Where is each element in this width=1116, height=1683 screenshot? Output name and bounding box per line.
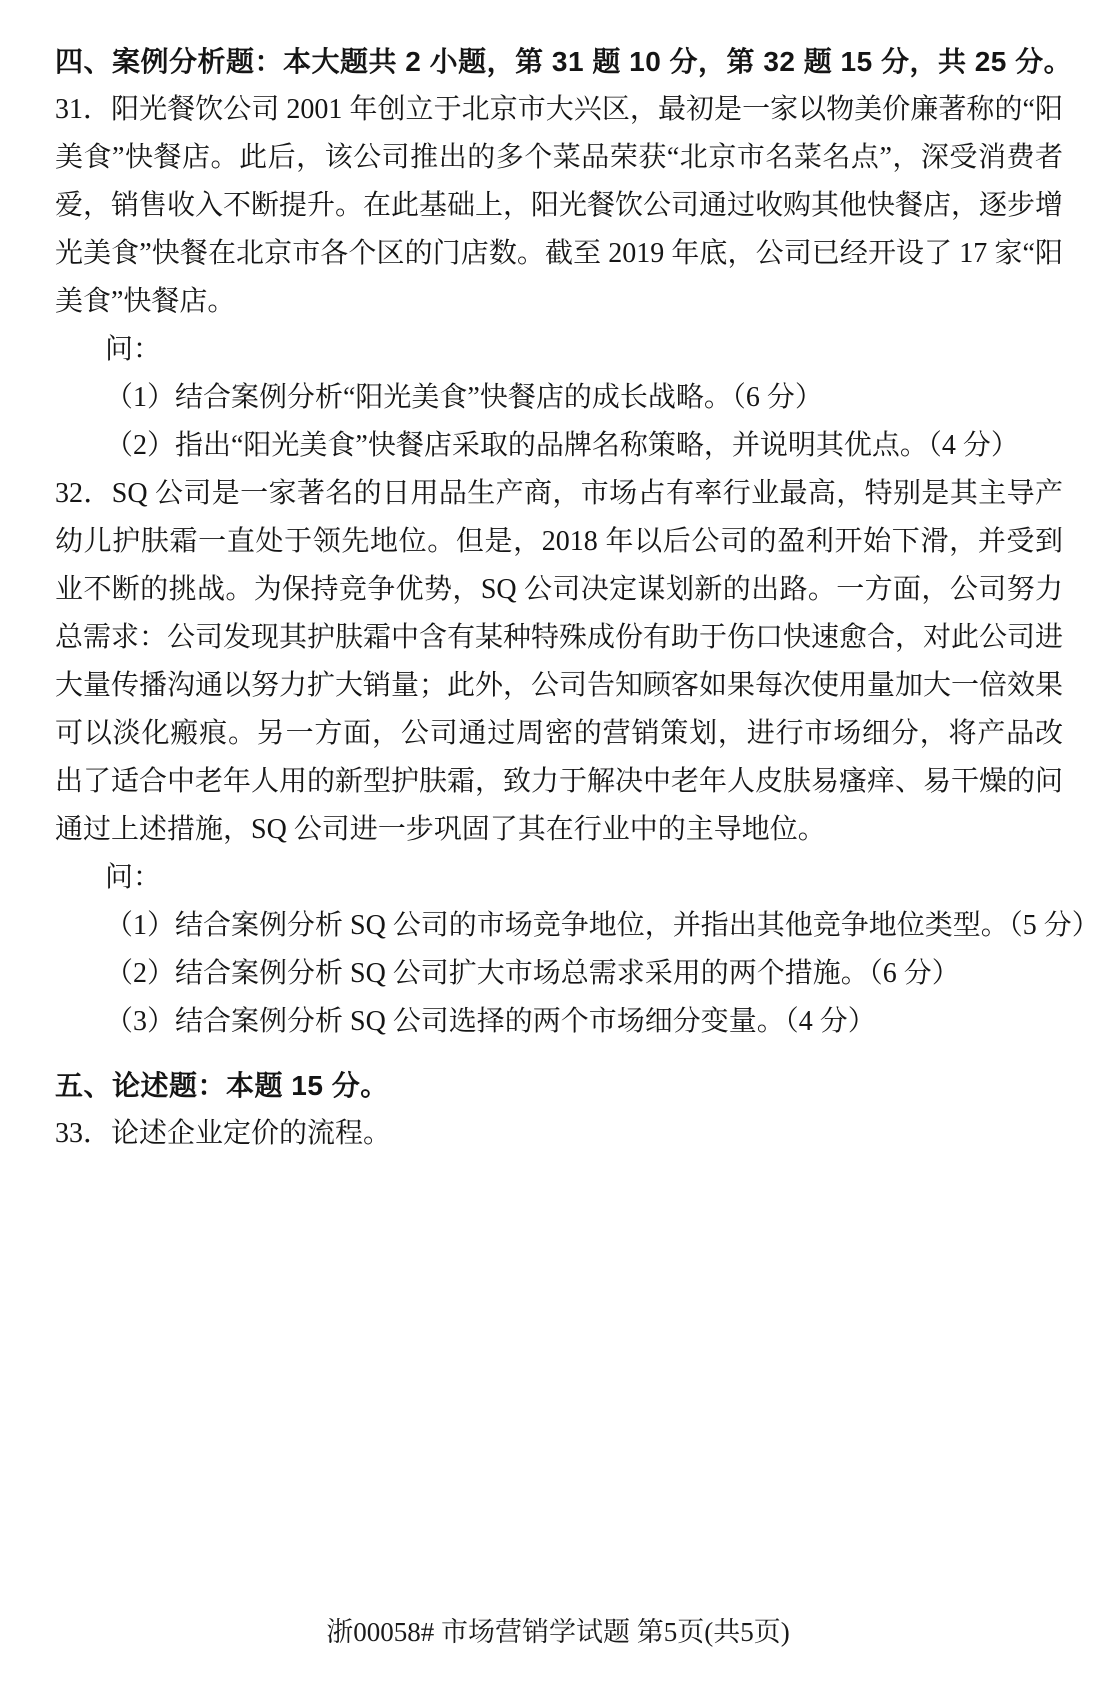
question-31-text-line: 美食”快餐店。 [55, 278, 1063, 326]
question-32-sub-question-1: （1）结合案例分析 SQ 公司的市场竞争地位，并指出其他竞争地位类型。（5 分） [55, 902, 1063, 950]
question-31-text-line: 爱，销售收入不断提升。在此基础上，阳光餐饮公司通过收购其他快餐店，逐步增加“阳 [55, 182, 1063, 230]
exam-page-content: 四、案例分析题：本大题共 2 小题，第 31 题 10 分，第 32 题 15 … [55, 38, 1063, 1158]
question-32-text-line: 出了适合中老年人用的新型护肤霜，致力于解决中老年人皮肤易瘙痒、易干燥的问题。 [55, 758, 1063, 806]
question-32-text-line: 通过上述措施，SQ 公司进一步巩固了其在行业中的主导地位。 [55, 806, 1063, 854]
question-32-ask-label: 问： [55, 854, 1063, 902]
question-31-text-line: 美食”快餐店。此后，该公司推出的多个菜品荣获“北京市名菜名点”，深受消费者喜 [55, 134, 1063, 182]
question-32-text-line: 总需求：公司发现其护肤霜中含有某种特殊成份有助于伤口快速愈合，对此公司进行了 [55, 614, 1063, 662]
question-33-text: 33．论述企业定价的流程。 [55, 1110, 1063, 1158]
question-31-text-line: 31．阳光餐饮公司 2001 年创立于北京市大兴区，最初是一家以物美价廉著称的“… [55, 86, 1063, 134]
question-32-text-line: 32．SQ 公司是一家著名的日用品生产商，市场占有率行业最高，特别是其主导产品婴 [55, 470, 1063, 518]
question-32-sub-question-2: （2）结合案例分析 SQ 公司扩大市场总需求采用的两个措施。（6 分） [55, 950, 1063, 998]
question-31-sub-question-2: （2）指出“阳光美食”快餐店采取的品牌名称策略，并说明其优点。（4 分） [55, 422, 1063, 470]
question-31-text-line: 光美食”快餐在北京市各个区的门店数。截至 2019 年底，公司已经开设了 17 … [55, 230, 1063, 278]
question-32-text-line: 幼儿护肤霜一直处于领先地位。但是，2018 年以后公司的盈利开始下滑，并受到其他… [55, 518, 1063, 566]
section-4-heading: 四、案例分析题：本大题共 2 小题，第 31 题 10 分，第 32 题 15 … [55, 38, 1063, 86]
section-5-heading: 五、论述题：本题 15 分。 [55, 1062, 1063, 1110]
question-32-text-line: 大量传播沟通以努力扩大销量；此外，公司告知顾客如果每次使用量加大一倍效果更佳， [55, 662, 1063, 710]
question-32-text-line: 可以淡化瘢痕。另一方面，公司通过周密的营销策划，进行市场细分，将产品改良，推 [55, 710, 1063, 758]
question-31-ask-label: 问： [55, 326, 1063, 374]
page-footer: 浙00058# 市场营销学试题 第5页(共5页) [0, 1612, 1116, 1652]
question-32-text-line: 业不断的挑战。为保持竞争优势，SQ 公司决定谋划新的出路。一方面，公司努力扩大 [55, 566, 1063, 614]
question-31-sub-question-1: （1）结合案例分析“阳光美食”快餐店的成长战略。（6 分） [55, 374, 1063, 422]
question-32-sub-question-3: （3）结合案例分析 SQ 公司选择的两个市场细分变量。（4 分） [55, 998, 1063, 1046]
